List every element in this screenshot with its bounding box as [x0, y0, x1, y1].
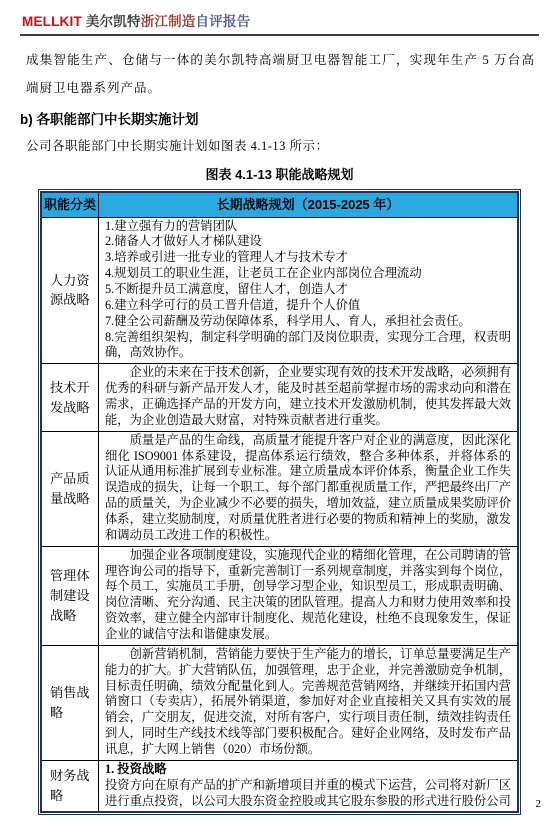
category-cell: 管理体制建设战略: [41, 546, 99, 645]
table-header-row: 职能分类 长期战略规划（2015-2025 年）: [41, 192, 518, 217]
header-title-red: 浙江制造: [141, 14, 196, 29]
strategy-list-item: 7.健全公司薪酬及劳动保障体系，科学用人、育人，承担社会责任。: [105, 314, 511, 330]
category-cell: 销售战略: [41, 645, 99, 760]
strategy-list-item: 1.建立强有力的营销团队: [105, 219, 511, 235]
category-cell: 财务战略: [41, 760, 99, 812]
strategy-list-item: 2.储备人才做好人才梯队建设: [105, 234, 511, 250]
table-row: 销售战略 创新营销机制，营销能力要快于生产能力的增长，订单总量要满足生产能力的扩…: [41, 645, 518, 760]
strategy-list-item: 4.规划员工的职业生涯，让老员工在企业内部岗位合理流动: [105, 266, 511, 282]
strategy-paragraph: 企业的未来在于技术创新，企业要实现有效的技术开发战略，必须拥有优秀的科研与新产品…: [105, 365, 511, 428]
strategy-cell: 加强企业各项制度建设，实施现代企业的精细化管理，在公司聘请的管理咨询公司的指导下…: [99, 546, 519, 645]
strategy-paragraph: 质量是产品的生命线，高质量才能提升客户对企业的满意度，因此深化细化 ISO900…: [105, 433, 511, 544]
section-heading: b) 各职能部门中长期实施计划: [20, 108, 539, 128]
strategy-table-wrapper: 职能分类 长期战略规划（2015-2025 年） 人力资源战略 1.建立强有力的…: [38, 189, 521, 815]
category-cell: 产品质量战略: [41, 431, 99, 546]
strategy-cell: 创新营销机制，营销能力要快于生产能力的增长，订单总量要满足生产能力的扩大。扩大营…: [99, 645, 519, 760]
strategy-list-item: 5.不断提升员工满意度，留住人才，创造人才: [105, 282, 511, 298]
strategy-list-item: 3.培养或引进一批专业的管理人才与技术专才: [105, 250, 511, 266]
lead-in-sentence: 公司各职能部门中长期实施计划如图表 4.1-13 所示：: [26, 136, 539, 154]
strategy-subtitle: 1. 投资战略: [105, 762, 511, 778]
strategy-paragraph: 投资方向在原有产品的扩产和新增项目并重的模式下运营，公司将对新厂区进行重点投资，…: [105, 778, 511, 810]
strategy-cell: 1. 投资战略投资方向在原有产品的扩产和新增项目并重的模式下运营，公司将对新厂区…: [99, 760, 519, 812]
strategy-table-body: 人力资源战略 1.建立强有力的营销团队2.储备人才做好人才梯队建设3.培养或引进…: [41, 217, 518, 812]
table-row: 技术开发战略 企业的未来在于技术创新，企业要实现有效的技术开发战略，必须拥有优秀…: [41, 364, 518, 431]
strategy-paragraph: 创新营销机制，营销能力要快于生产能力的增长，订单总量要满足生产能力的扩大。扩大营…: [105, 647, 511, 758]
column-header-plan: 长期战略规划（2015-2025 年）: [99, 192, 519, 217]
column-header-category: 职能分类: [41, 192, 99, 217]
table-row: 产品质量战略 质量是产品的生命线，高质量才能提升客户对企业的满意度，因此深化细化…: [41, 431, 518, 546]
strategy-cell: 1.建立强有力的营销团队2.储备人才做好人才梯队建设3.培养或引进一批专业的管理…: [99, 217, 519, 364]
strategy-list-item: 6.建立科学可行的员工晋升信道，提升个人价值: [105, 298, 511, 314]
strategy-table: 职能分类 长期战略规划（2015-2025 年） 人力资源战略 1.建立强有力的…: [40, 191, 519, 813]
strategy-list-item: 8.完善组织架构，制定科学明确的部门及岗位职责，实现分工合理，权责明确，高效协作…: [105, 330, 511, 362]
brand-logo-text: MELLKIT: [22, 14, 82, 29]
category-cell: 人力资源战略: [41, 217, 99, 364]
header-title-black: 美尔凯特: [86, 14, 141, 29]
document-page: MELLKIT美尔凯特浙江制造自评报告 成集智能生产、仓储与一体的美尔凯特高端厨…: [0, 0, 559, 816]
category-cell: 技术开发战略: [41, 364, 99, 431]
table-caption: 图表 4.1-13 职能战略规划: [20, 164, 539, 183]
intro-paragraph: 成集智能生产、仓储与一体的美尔凯特高端厨卫电器智能工厂，实现年生产 5 万台高端…: [26, 46, 535, 102]
strategy-cell: 企业的未来在于技术创新，企业要实现有效的技术开发战略，必须拥有优秀的科研与新产品…: [99, 364, 519, 431]
table-row: 财务战略 1. 投资战略投资方向在原有产品的扩产和新增项目并重的模式下运营，公司…: [41, 760, 518, 812]
strategy-cell: 质量是产品的生命线，高质量才能提升客户对企业的满意度，因此深化细化 ISO900…: [99, 431, 519, 546]
table-row: 人力资源战略 1.建立强有力的营销团队2.储备人才做好人才梯队建设3.培养或引进…: [41, 217, 518, 364]
table-row: 管理体制建设战略 加强企业各项制度建设，实施现代企业的精细化管理，在公司聘请的管…: [41, 546, 518, 645]
page-number: 2: [536, 798, 542, 810]
running-header: MELLKIT美尔凯特浙江制造自评报告: [20, 8, 539, 36]
strategy-paragraph: 加强企业各项制度建设，实施现代企业的精细化管理，在公司聘请的管理咨询公司的指导下…: [105, 548, 511, 643]
header-title-blue: 自评报告: [196, 14, 251, 29]
